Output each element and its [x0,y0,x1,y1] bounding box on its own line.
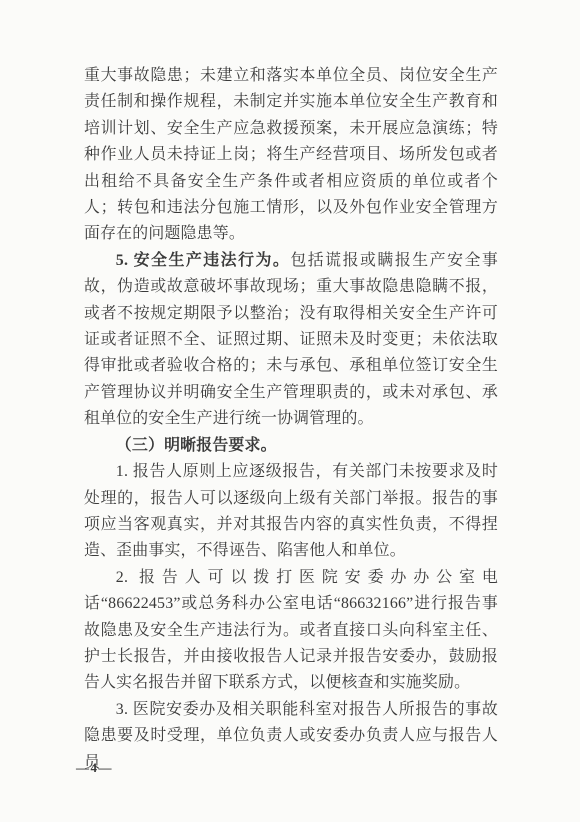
paragraph-item-2-phone-numbers: 2. 报告人可以拨打医院安委办办公室电话“86622453”或总务科办公室电话“… [84,565,498,697]
section-heading-3-report-requirements: （三）明晰报告要求。 [84,433,498,459]
paragraph-item-5-safety-violations: 5. 安全生产违法行为。包括谎报或瞒报生产安全事故，伪造或故意破坏事故现场；重大… [84,248,498,433]
item-5-bold-lead: 5. 安全生产违法行为。 [116,252,291,269]
document-body-text: 重大事故隐患；未建立和落实本单位全员、岗位安全生产责任制和操作规程，未制定并实施… [84,63,498,776]
document-page: 重大事故隐患；未建立和落实本单位全员、岗位安全生产责任制和操作规程，未制定并实施… [0,0,580,822]
item-5-body: 包括谎报或瞒报生产安全事故，伪造或故意破坏事故现场；重大事故隐患隐瞒不报，或者不… [84,252,498,427]
paragraph-item-3-acceptance: 3. 医院安委办及相关职能科室对报告人所报告的事故隐患要及时受理，单位负责人或安… [84,697,498,776]
page-number: —4— [76,760,113,776]
paragraph-continued-from-previous-page: 重大事故隐患；未建立和落实本单位全员、岗位安全生产责任制和操作规程，未制定并实施… [84,63,498,248]
paragraph-item-1-report-procedure: 1. 报告人原则上应逐级报告，有关部门未按要求及时处理的，报告人可以逐级向上级有… [84,459,498,565]
